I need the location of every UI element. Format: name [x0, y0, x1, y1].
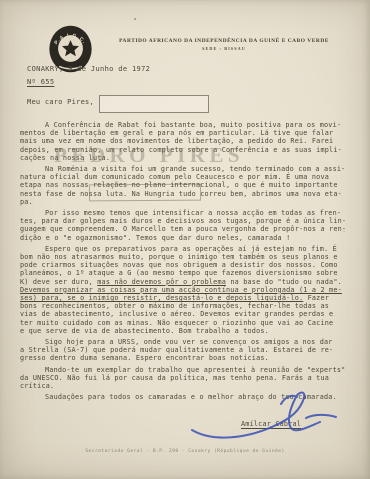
- text-segment: na base do "tudo ou nada".: [226, 278, 342, 286]
- text-segment: etapa nas nossas relações no plano inter…: [20, 181, 338, 189]
- document-number: Nº 655: [27, 78, 54, 86]
- text-segment: a Strella (SA-7) que poderá mudar qualit…: [20, 346, 333, 354]
- body-line: mentos de libertação em geral e para nós…: [20, 129, 358, 137]
- handwritten-signature: [186, 388, 350, 446]
- signature-ink-icon: [186, 388, 350, 446]
- text-segment: guagem que compreendem. O Marcello tem a…: [20, 225, 346, 233]
- party-subtitle-text: SEDE : BISSAU: [96, 46, 352, 53]
- body-line: da UNESCO. Não fui lá por causa da polít…: [20, 374, 358, 382]
- body-line: Devemos organizar as coisas para uma acç…: [20, 286, 358, 294]
- body-line: etapa nas nossas relações no plano inter…: [20, 181, 358, 189]
- text-segment: pa.: [20, 198, 33, 206]
- letterhead-party-name: PARTIDO AFRICANO DA INDEPENDÊNCIA DA GUI…: [96, 38, 352, 52]
- body-line: e que serve de via de abastecimento. Bom…: [20, 327, 358, 335]
- place-date-line: CONAKRY, 9 de Junho de 1972: [27, 65, 150, 73]
- text-segment: Na Roménia a visita foi um grande sucess…: [45, 165, 345, 173]
- body-line: depois, em reunião, um relato completo s…: [20, 146, 358, 154]
- text-segment: mas não devemos pôr o problema: [97, 278, 226, 286]
- text-segment: gresso dentro duma semana. Espero encont…: [20, 354, 269, 362]
- text-segment: vias de abastecimento, inclusive o aéreo…: [20, 310, 333, 318]
- text-segment: da UNESCO. Não fui lá por causa da polít…: [20, 374, 329, 382]
- body-line: tes, para dar golpes mais duros e decisi…: [20, 217, 358, 225]
- text-segment: ses) para, se o inimigo resistir, desgas…: [20, 294, 303, 302]
- text-segment: depois, em reunião, um relato completo s…: [20, 146, 342, 154]
- text-segment: ter muito cuidado com as minas. Não esqu…: [20, 319, 333, 327]
- paragraph: Por isso mesmo temos que intensificar a …: [20, 209, 358, 242]
- paragraph: Mando-te um exemplar do trabalho que apr…: [20, 366, 358, 391]
- text-segment: Fazer: [303, 294, 329, 302]
- footer-address: Secretariado Geral - B.P. 298 - Conakry …: [0, 449, 370, 454]
- text-segment: mentos de libertação em geral e para nós…: [20, 129, 333, 137]
- body-line: dição e o "e ogazmonismo". Temos que dar…: [20, 234, 358, 242]
- text-segment: Devemos organizar as coisas para uma acç…: [20, 286, 342, 294]
- scanned-letter-page: P.A.I.G.C. PARTIDO AFRICANO DA INDEPENDÊ…: [0, 0, 370, 479]
- body-line: bons reconhecimentos, obter o máximo de …: [20, 302, 358, 310]
- paragraph: Espero que os preparativos para as opera…: [20, 245, 358, 335]
- text-segment: mais uma vez em nome dos movimentos de l…: [20, 137, 333, 145]
- text-segment: A Conferência de Rabat foi bastante boa,…: [45, 121, 341, 129]
- text-segment: cações na nossa luta.: [20, 154, 110, 162]
- paragraph: Sigo hoje para a URSS, onde vou ver se c…: [20, 338, 358, 363]
- text-segment: Mando-te um exemplar do trabalho que apr…: [45, 366, 345, 374]
- text-segment: Espero que os preparativos para as opera…: [45, 245, 337, 253]
- letter-body: A Conferência de Rabat foi bastante boa,…: [20, 121, 358, 405]
- body-line: Espero que os preparativos para as opera…: [20, 245, 358, 253]
- text-segment: K) deve ser duro,: [20, 278, 97, 286]
- text-segment: e que serve de via de abastecimento. Bom…: [20, 327, 269, 335]
- text-segment: bom não nos atrasarmos muito, porque o i…: [20, 253, 338, 261]
- body-line: nesta fase de nossa luta. Na Hungria tud…: [20, 190, 358, 198]
- text-segment: planeámos, o 1º ataque a G (ao mesmo tem…: [20, 269, 338, 277]
- text-segment: dição e o "e ogazmonismo". Temos que dar…: [20, 234, 290, 242]
- text-segment: Por isso mesmo temos que intensificar a …: [45, 209, 341, 217]
- text-segment: pode criarmos situações novas que nos ob…: [20, 261, 338, 269]
- text-segment: nesta fase de nossa luta. Na Hungria tud…: [20, 190, 342, 198]
- paper-speck: [134, 18, 136, 20]
- body-line: gresso dentro duma semana. Espero encont…: [20, 354, 358, 362]
- paragraph: A Conferência de Rabat foi bastante boa,…: [20, 121, 358, 162]
- salutation-text: Meu caro Pires,: [27, 98, 94, 106]
- text-segment: crítica.: [20, 382, 54, 390]
- body-line: K) deve ser duro, mas não devemos pôr o …: [20, 278, 358, 286]
- body-line: guagem que compreendem. O Marcello tem a…: [20, 225, 358, 233]
- body-line: ses) para, se o inimigo resistir, desgas…: [20, 294, 358, 302]
- salutation-row: Meu caro Pires,: [27, 98, 209, 113]
- text-segment: tes, para dar golpes mais duros e decisi…: [20, 217, 346, 225]
- text-segment: natura oficial dum comunicado comum pelo…: [20, 173, 329, 181]
- body-line: Mando-te um exemplar do trabalho que apr…: [20, 366, 358, 374]
- body-line: a Strella (SA-7) que poderá mudar qualit…: [20, 346, 358, 354]
- body-line: Na Roménia a visita foi um grande sucess…: [20, 165, 358, 173]
- body-line: planeámos, o 1º ataque a G (ao mesmo tem…: [20, 269, 358, 277]
- text-segment: bons reconhecimentos, obter o máximo de …: [20, 302, 329, 310]
- paragraph: Na Roménia a visita foi um grande sucess…: [20, 165, 358, 206]
- text-segment: Sigo hoje para a URSS, onde vou ver se c…: [45, 338, 333, 346]
- body-line: pa.: [20, 198, 358, 206]
- redacted-name-box: [99, 95, 209, 113]
- body-line: pode criarmos situações novas que nos ob…: [20, 261, 358, 269]
- body-line: mais uma vez em nome dos movimentos de l…: [20, 137, 358, 145]
- body-line: A Conferência de Rabat foi bastante boa,…: [20, 121, 358, 129]
- party-name-text: PARTIDO AFRICANO DA INDEPENDÊNCIA DA GUI…: [96, 38, 352, 45]
- body-line: Por isso mesmo temos que intensificar a …: [20, 209, 358, 217]
- body-line: Sigo hoje para a URSS, onde vou ver se c…: [20, 338, 358, 346]
- body-line: bom não nos atrasarmos muito, porque o i…: [20, 253, 358, 261]
- body-line: vias de abastecimento, inclusive o aéreo…: [20, 310, 358, 318]
- body-line: cações na nossa luta.: [20, 154, 358, 162]
- body-line: natura oficial dum comunicado comum pelo…: [20, 173, 358, 181]
- body-line: ter muito cuidado com as minas. Não esqu…: [20, 319, 358, 327]
